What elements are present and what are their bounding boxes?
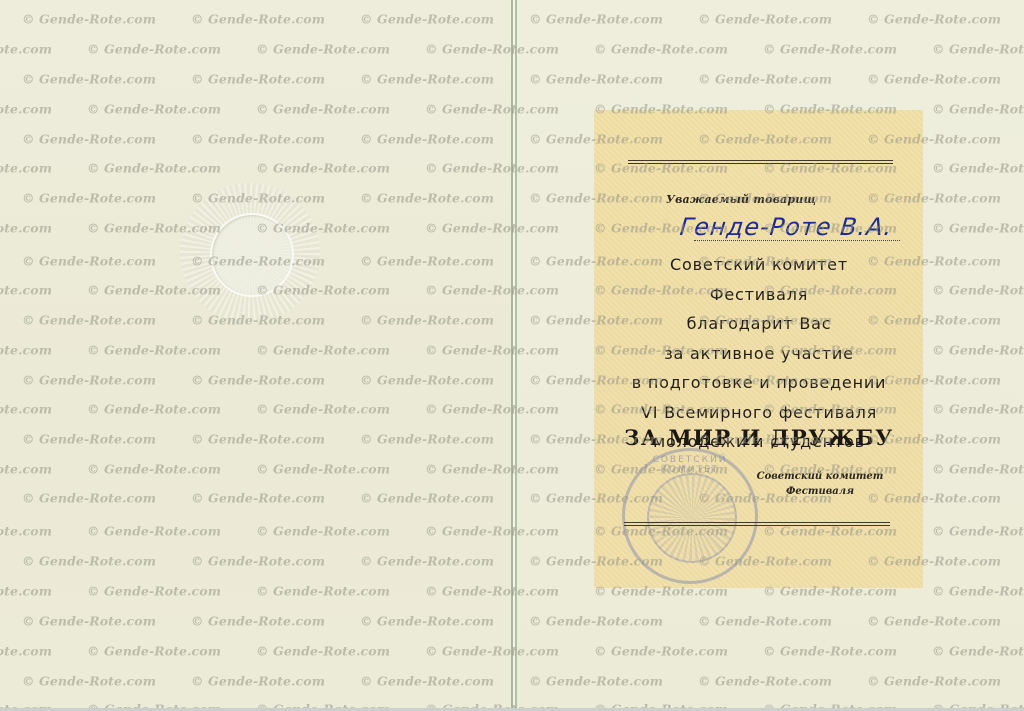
body-line: благодарит Вас bbox=[600, 309, 918, 339]
body-line: Советский комитет bbox=[600, 250, 918, 280]
signoff-line: Фестиваля bbox=[740, 484, 900, 499]
top-double-rule bbox=[628, 160, 893, 164]
fold-line bbox=[515, 0, 517, 711]
body-line: VI Всемирного фестиваля bbox=[600, 398, 918, 428]
embossed-seal bbox=[160, 168, 340, 338]
stamp-text: СОВЕТСКИЙ КОМИТЕТ bbox=[625, 455, 755, 475]
headline: ЗА МИР И ДРУЖБУ bbox=[600, 425, 918, 450]
bottom-double-rule bbox=[624, 522, 890, 526]
recipient-name-handwritten: Генде-Роте В.А. bbox=[679, 213, 894, 241]
body-line: Фестиваля bbox=[600, 280, 918, 310]
body-line: за активное участие bbox=[600, 339, 918, 369]
name-dotted-line bbox=[694, 240, 900, 241]
emboss-core bbox=[210, 213, 294, 297]
signoff-line: Советский комитет bbox=[740, 469, 900, 484]
body-line: в подготовке и проведении bbox=[600, 368, 918, 398]
left-page bbox=[0, 0, 512, 711]
signoff: Советский комитет Фестиваля bbox=[740, 469, 900, 499]
salutation: Уважаемый товарищ bbox=[666, 193, 816, 206]
ink-stamp: СОВЕТСКИЙ КОМИТЕТ bbox=[622, 448, 758, 584]
